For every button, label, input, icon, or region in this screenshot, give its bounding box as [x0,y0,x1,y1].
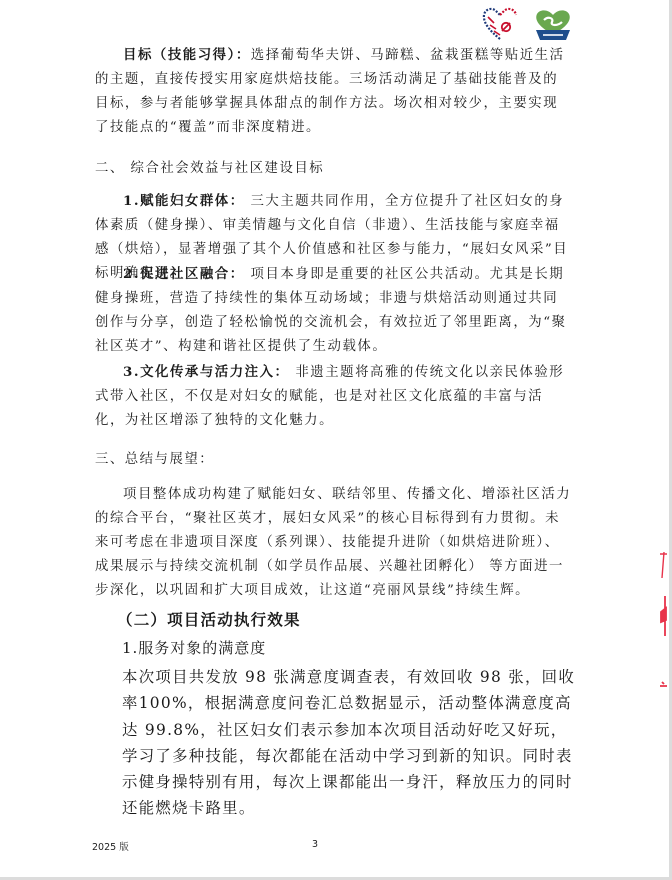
section-two-item-2: 2.促进社区融合： 项目本身即是重要的社区公共活动。尤其是长期健身操班，营造了持… [95,262,573,359]
satisfaction-text: 本次项目共发放 98 张满意度调查表，有效回收 98 张，回收率100%，根据满… [92,664,582,822]
item-1-label: 1.赋能妇女群体： [123,193,245,209]
skill-goal-paragraph: 目标（技能习得）：选择葡萄华夫饼、马蹄糕、盆栽蛋糕等贴近生活的主题，直接传授实用… [95,43,573,140]
satisfaction-subheading: 1.服务对象的满意度 [122,637,266,658]
section-three-heading: 三、总结与展望： [95,448,214,467]
party-heart-logo-icon [480,3,520,43]
header-logos [478,2,578,42]
womens-federation-logo-icon [530,6,576,42]
seal-stamp-edge-icon [657,548,669,698]
footer-page-number: 3 [312,839,318,850]
section-three-paragraph: 项目整体成功构建了赋能妇女、联结邻里、传播文化、增添社区活力的综合平台，“聚社区… [95,483,573,603]
footer-version: 2025 版 [92,839,129,853]
item-3-label: 3.文化传承与活力注入： [123,364,290,380]
skill-goal-label: 目标（技能习得）： [123,47,251,63]
section-two-heading: 二、 综合社会效益与社区建设目标 [95,157,324,176]
section-two-item-3: 3.文化传承与活力注入： 非遗主题将高雅的传统文化以亲民体验形式带入社区，不仅是… [95,360,573,433]
document-page: 目标（技能习得）：选择葡萄华夫饼、马蹄糕、盆栽蛋糕等贴近生活的主题，直接传授实用… [0,0,669,877]
satisfaction-paragraph: 本次项目共发放 98 张满意度调查表，有效回收 98 张，回收率100%，根据满… [122,664,582,822]
execution-section-heading: （二）项目活动执行效果 [117,608,301,630]
item-2-label: 2.促进社区融合： [123,266,245,282]
